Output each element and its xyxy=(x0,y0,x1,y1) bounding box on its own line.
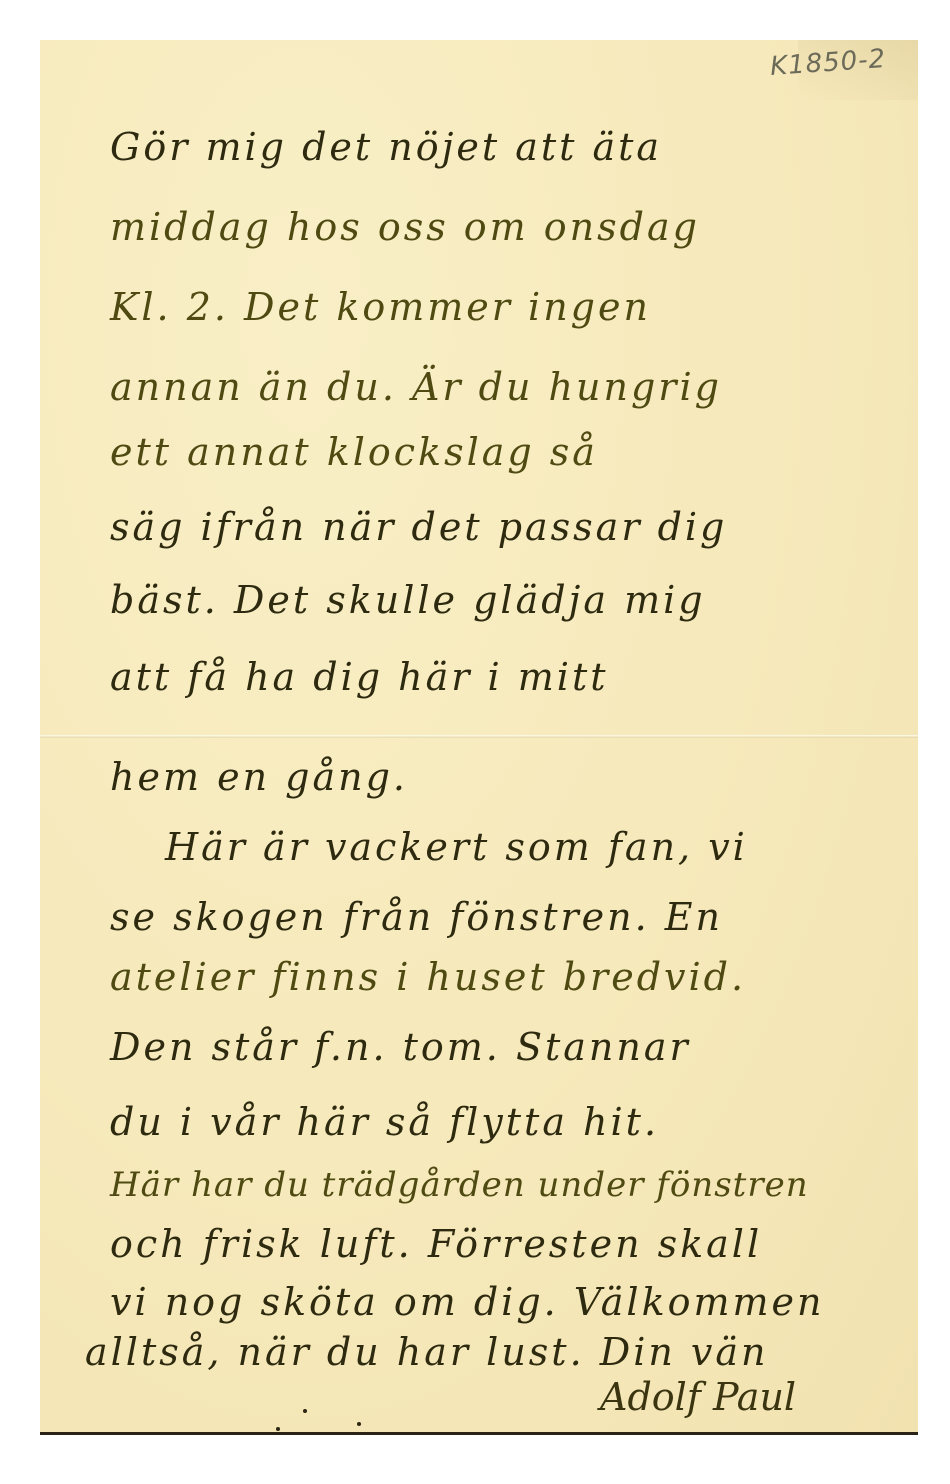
letter-line: Här är vackert som fan, vi xyxy=(165,825,748,869)
letter-line: du i vår här så flytta hit. xyxy=(110,1100,659,1144)
letter-line: hem en gång. xyxy=(110,755,408,799)
letter-line: bäst. Det skulle glädja mig xyxy=(110,578,706,622)
letter-line: Den står f.n. tom. Stannar xyxy=(110,1025,691,1069)
ink-speck xyxy=(276,1427,280,1431)
ink-speck xyxy=(303,1409,307,1413)
letter-line: vi nog sköta om dig. Välkommen xyxy=(110,1280,825,1324)
letter-line: och frisk luft. Förresten skall xyxy=(110,1222,762,1266)
letter-line: Gör mig det nöjet att äta xyxy=(110,125,662,169)
signature: Adolf Paul xyxy=(600,1375,796,1419)
letter-line: annan än du. Är du hungrig xyxy=(110,365,722,409)
letter-line: atelier finns i huset bredvid. xyxy=(110,955,746,999)
letter-line: middag hos oss om onsdag xyxy=(110,205,700,249)
letter-line: att få ha dig här i mitt xyxy=(110,655,609,699)
letter-line: Här har du trädgården under fönstren xyxy=(110,1165,809,1205)
letter-line: ett annat klockslag så xyxy=(110,430,598,474)
letter-line: se skogen från fönstren. En xyxy=(110,895,723,939)
ink-speck xyxy=(357,1422,361,1426)
letter-line: säg ifrån när det passar dig xyxy=(110,505,727,549)
letter-line: alltså, när du har lust. Din vän xyxy=(85,1330,769,1374)
letter-line: Kl. 2. Det kommer ingen xyxy=(110,285,651,329)
fold-line xyxy=(40,735,918,738)
